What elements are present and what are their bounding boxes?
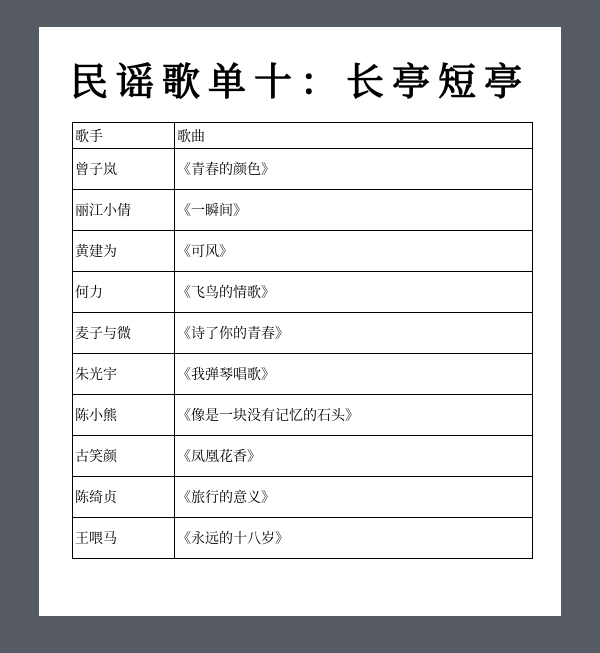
table-header-row: 歌手 歌曲 <box>73 123 533 149</box>
table-row: 古笑颜 《凤凰花香》 <box>73 436 533 477</box>
table-row: 王喂马 《永远的十八岁》 <box>73 518 533 559</box>
song-cell: 《诗了你的青春》 <box>175 313 533 354</box>
table-row: 陈绮贞 《旅行的意义》 <box>73 477 533 518</box>
song-cell: 《永远的十八岁》 <box>175 518 533 559</box>
singer-cell: 陈小熊 <box>73 395 175 436</box>
singer-cell: 陈绮贞 <box>73 477 175 518</box>
table-row: 麦子与微 《诗了你的青春》 <box>73 313 533 354</box>
column-header-song: 歌曲 <box>175 123 533 149</box>
singer-cell: 朱光宇 <box>73 354 175 395</box>
song-cell: 《我弹琴唱歌》 <box>175 354 533 395</box>
document-page: 民谣歌单十：长亭短亭 歌手 歌曲 曾子岚 《青春的颜色》 丽江小倩 《一瞬间》 … <box>39 27 561 616</box>
singer-cell: 曾子岚 <box>73 149 175 190</box>
singer-cell: 古笑颜 <box>73 436 175 477</box>
table-row: 何力 《飞鸟的情歌》 <box>73 272 533 313</box>
song-cell: 《旅行的意义》 <box>175 477 533 518</box>
table-row: 朱光宇 《我弹琴唱歌》 <box>73 354 533 395</box>
table-row: 曾子岚 《青春的颜色》 <box>73 149 533 190</box>
song-cell: 《可风》 <box>175 231 533 272</box>
singer-cell: 麦子与微 <box>73 313 175 354</box>
song-cell: 《飞鸟的情歌》 <box>175 272 533 313</box>
song-cell: 《青春的颜色》 <box>175 149 533 190</box>
singer-cell: 王喂马 <box>73 518 175 559</box>
playlist-table: 歌手 歌曲 曾子岚 《青春的颜色》 丽江小倩 《一瞬间》 黄建为 《可风》 何力… <box>72 122 533 559</box>
song-cell: 《一瞬间》 <box>175 190 533 231</box>
song-cell: 《像是一块没有记忆的石头》 <box>175 395 533 436</box>
table-row: 陈小熊 《像是一块没有记忆的石头》 <box>73 395 533 436</box>
song-cell: 《凤凰花香》 <box>175 436 533 477</box>
page-title: 民谣歌单十：长亭短亭 <box>39 57 561 107</box>
column-header-singer: 歌手 <box>73 123 175 149</box>
table-row: 黄建为 《可风》 <box>73 231 533 272</box>
table-row: 丽江小倩 《一瞬间》 <box>73 190 533 231</box>
singer-cell: 黄建为 <box>73 231 175 272</box>
singer-cell: 丽江小倩 <box>73 190 175 231</box>
singer-cell: 何力 <box>73 272 175 313</box>
